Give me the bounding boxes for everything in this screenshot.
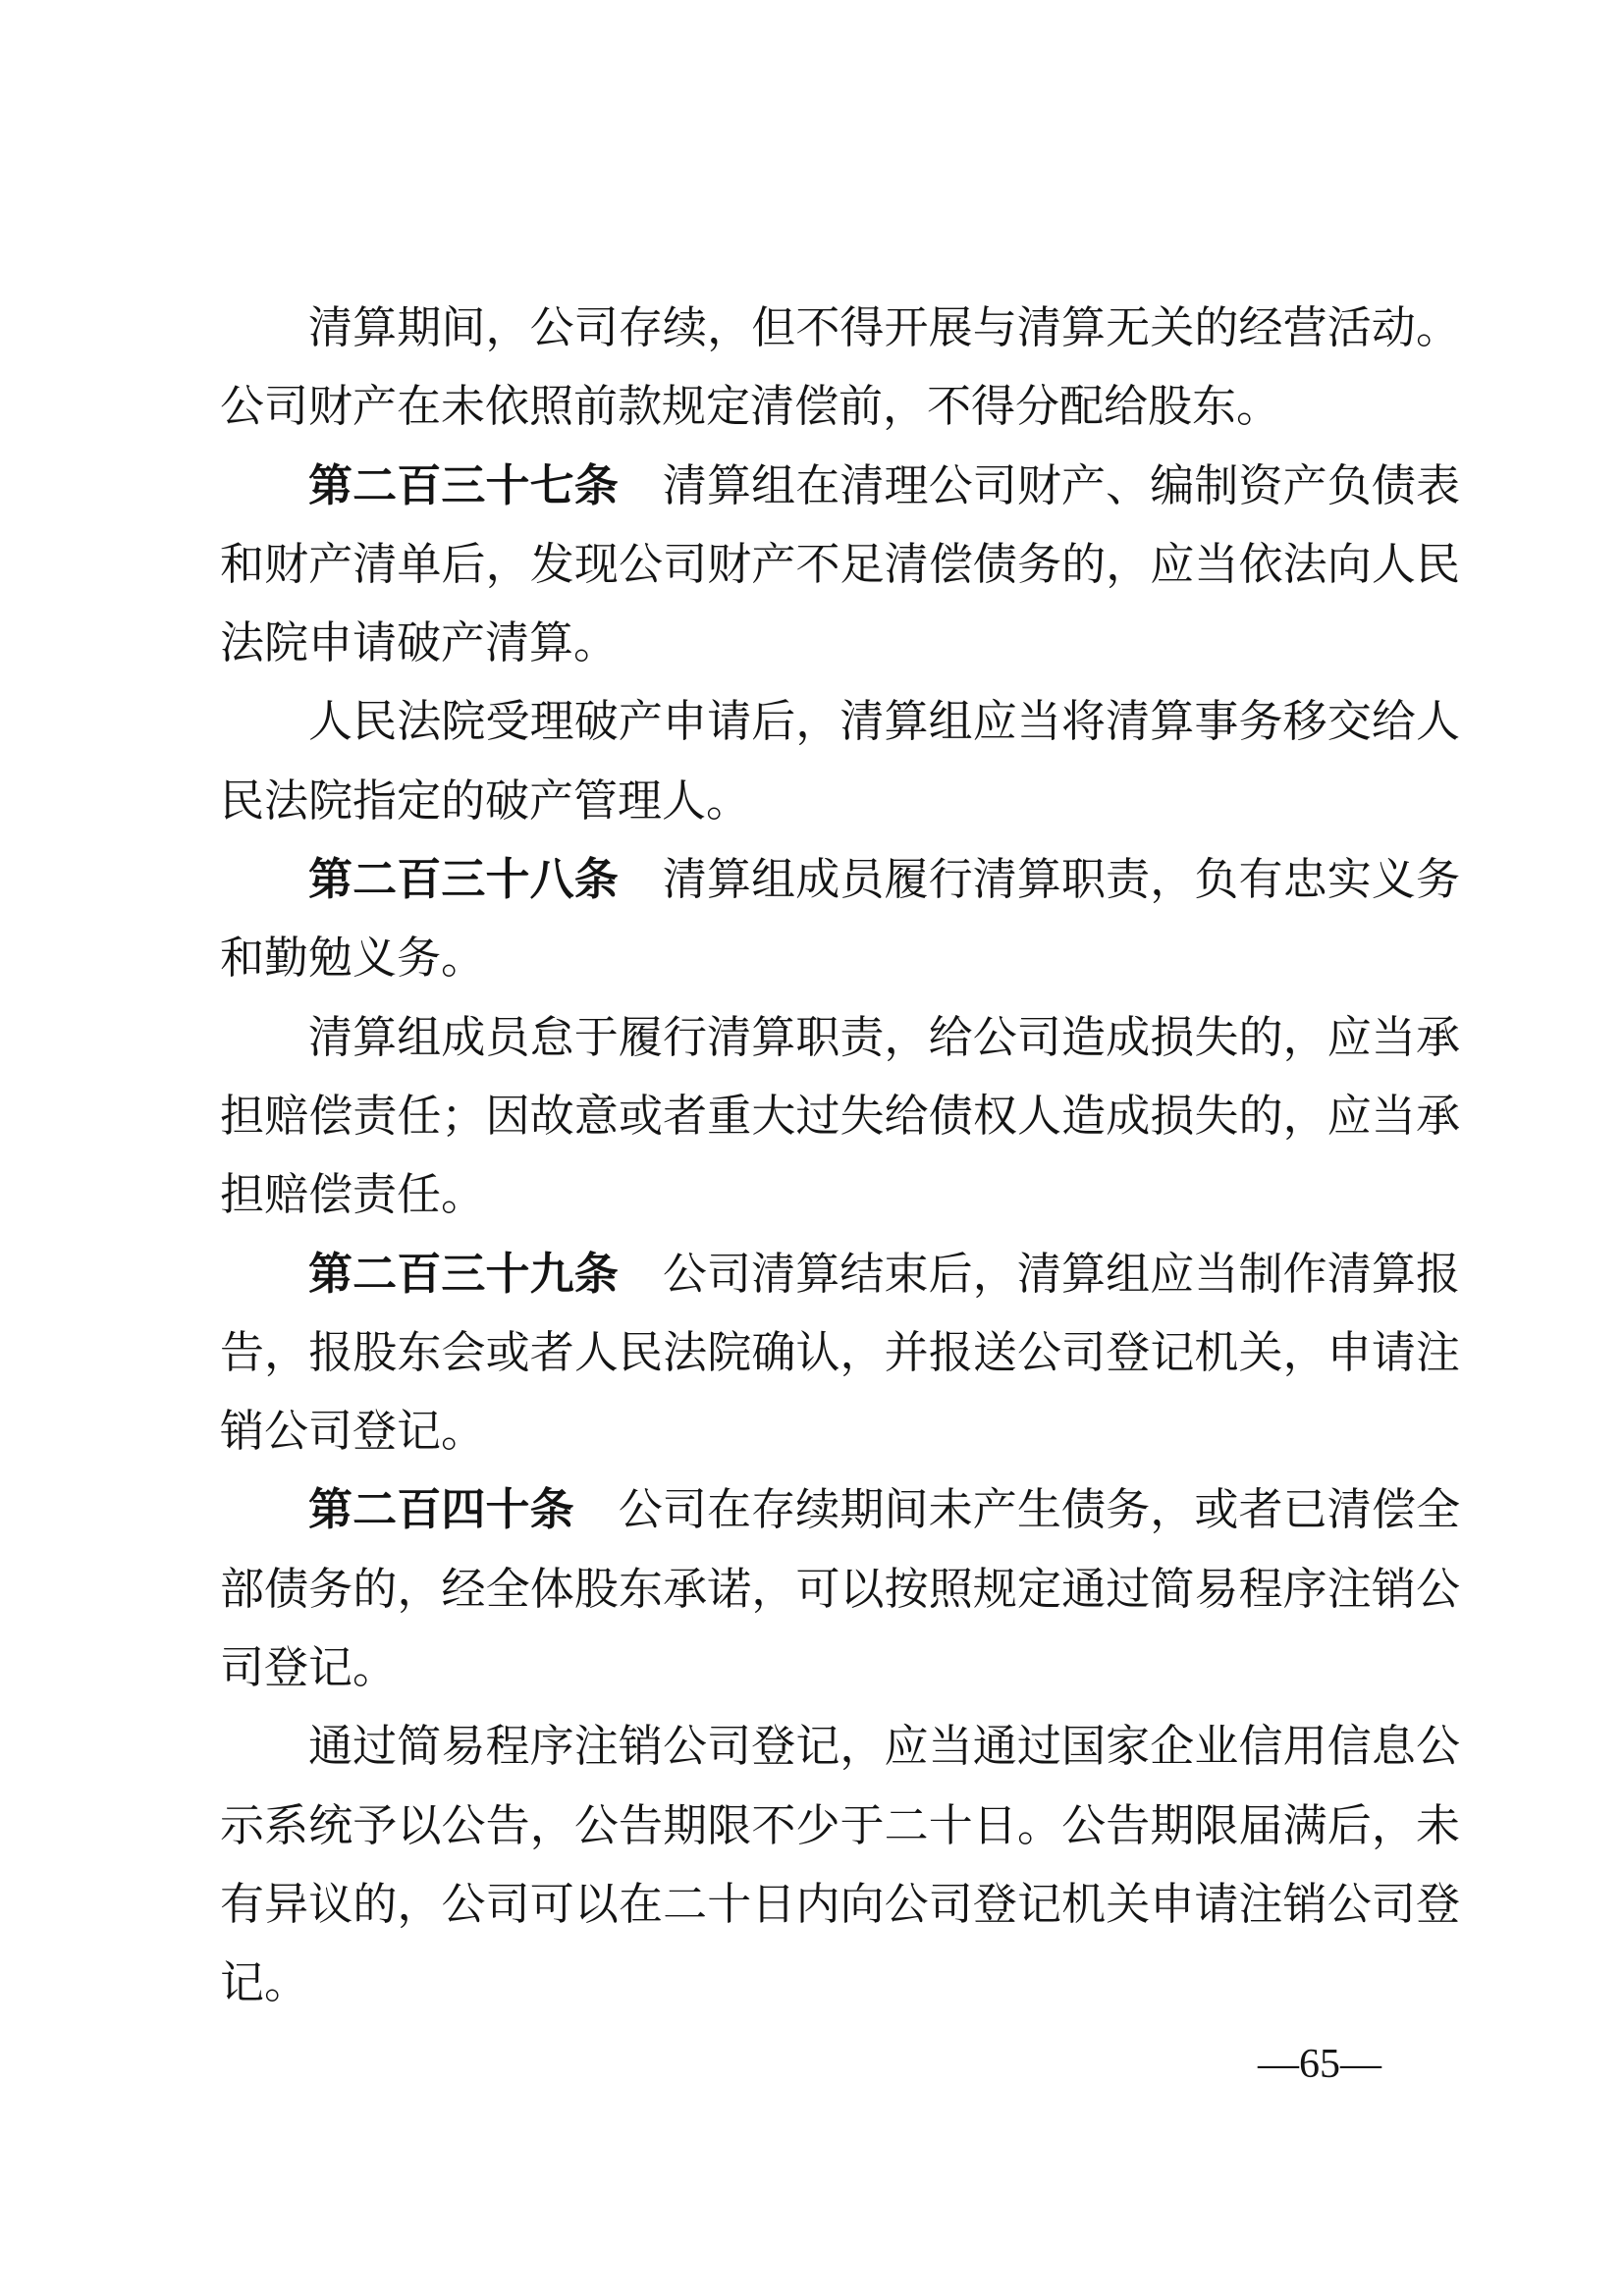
paragraph: 清算组成员怠于履行清算职责，给公司造成损失的，应当承担赔偿责任；因故意或者重大过… bbox=[220, 998, 1460, 1235]
paragraph-text: 清算期间，公司存续，但不得开展与清算无关的经营活动。公司财产在未依照前款规定清偿… bbox=[220, 303, 1460, 431]
article-number: 第二百三十七条 bbox=[308, 460, 619, 510]
article-number: 第二百三十八条 bbox=[308, 854, 619, 904]
paragraph: 第二百三十八条清算组成员履行清算职责，负有忠实义务和勤勉义务。 bbox=[220, 840, 1460, 998]
paragraph-text: 人民法院受理破产申请后，清算组应当将清算事务移交给人民法院指定的破产管理人。 bbox=[220, 697, 1460, 825]
paragraph: 清算期间，公司存续，但不得开展与清算无关的经营活动。公司财产在未依照前款规定清偿… bbox=[220, 289, 1460, 447]
article-number: 第二百三十九条 bbox=[308, 1249, 619, 1299]
paragraph: 第二百三十九条公司清算结束后，清算组应当制作清算报告，报股东会或者人民法院确认，… bbox=[220, 1235, 1460, 1471]
paragraph: 通过简易程序注销公司登记，应当通过国家企业信用信息公示系统予以公告，公告期限不少… bbox=[220, 1707, 1460, 2022]
law-text-block: 清算期间，公司存续，但不得开展与清算无关的经营活动。公司财产在未依照前款规定清偿… bbox=[220, 289, 1460, 2023]
document-page: 清算期间，公司存续，但不得开展与清算无关的经营活动。公司财产在未依照前款规定清偿… bbox=[0, 0, 1624, 2296]
paragraph: 第二百四十条公司在存续期间未产生债务，或者已清偿全部债务的，经全体股东承诺，可以… bbox=[220, 1470, 1460, 1707]
paragraph: 人民法院受理破产申请后，清算组应当将清算事务移交给人民法院指定的破产管理人。 bbox=[220, 682, 1460, 840]
paragraph-text: 通过简易程序注销公司登记，应当通过国家企业信用信息公示系统予以公告，公告期限不少… bbox=[220, 1722, 1460, 2007]
article-number: 第二百四十条 bbox=[308, 1484, 574, 1534]
paragraph: 第二百三十七条清算组在清理公司财产、编制资产负债表和财产清单后，发现公司财产不足… bbox=[220, 447, 1460, 683]
paragraph-text: 清算组成员怠于履行清算职责，给公司造成损失的，应当承担赔偿责任；因故意或者重大过… bbox=[220, 1013, 1460, 1220]
page-number: —65— bbox=[1258, 2040, 1381, 2089]
